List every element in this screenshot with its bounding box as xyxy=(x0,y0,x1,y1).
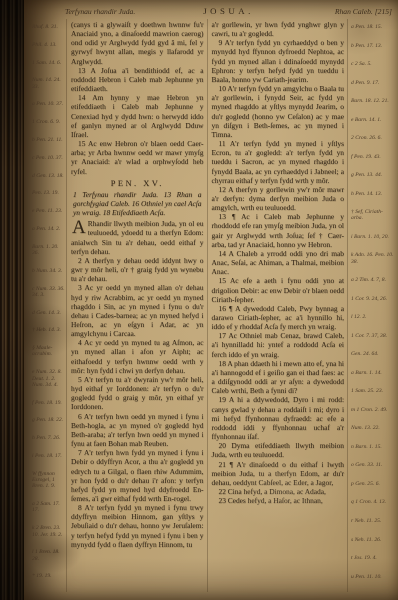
right-text-column: a'r gorllewin, yr hwn fydd ynghwr glyn y… xyxy=(207,19,348,592)
margin-note: t Jos. 19. 4. xyxy=(351,555,394,561)
margin-note: Phil. 4. 13. xyxy=(32,42,65,48)
margin-note: i Barn. 1. 10, 20. xyxy=(351,234,394,240)
page: Terfynau rhandir Juda. JOSUA. Rhan Caleb… xyxy=(24,0,398,600)
margin-note: 1 Cron. 6. 9. xyxy=(32,119,65,125)
verse-paragraph: 6 A'r terfyn hwn oedd yn myned i fynu i … xyxy=(71,412,204,449)
margin-note: a 2 Sam. 17. 17. xyxy=(32,501,65,514)
page-content: Terfynau rhandir Juda. JOSUA. Rhan Caleb… xyxy=(24,0,398,600)
verse-paragraph: 14 A Chaleb a yrrodd oddi yno dri mab An… xyxy=(212,249,345,276)
margin-note: g Pen. 13. 44. xyxy=(351,172,394,178)
margin-note: c 2 Sa. 5. xyxy=(351,61,394,67)
margin-note: Barn. 1. 20. 36. xyxy=(32,244,65,257)
margin-note: i Pen. 18. 17. xyxy=(32,453,65,459)
margin-note: r Neh. 11. 25. xyxy=(351,518,394,524)
margin-note: g Pen. 18. 22. xyxy=(32,417,65,423)
margin-note: 2 Cron. 26. 6. xyxy=(351,135,394,141)
margin-note: d Gen. 13. 18. xyxy=(32,173,65,179)
margin-note: a Pen. 18. 15. xyxy=(351,24,394,30)
verse-paragraph: 13 ¶ Ac i Caleb mab Jephunne y rhoddodd … xyxy=(212,212,345,249)
margin-note: a Pen. 14. 2. xyxy=(32,226,65,232)
verse-paragraph: 12 A therfyn y gorllewin yw'r môr mawr a… xyxy=(212,185,345,212)
text-body: Rhuf. 8. 31.Phil. 4. 13.1 Sam. 14. 6.Num… xyxy=(31,19,395,592)
margin-note: e Num. 32. 8. Deut. 1. 2. Num. 34. 4. xyxy=(32,369,65,388)
verse-paragraph: 19 A hi a ddywedodd, Dyro i mi rodd: can… xyxy=(212,395,345,441)
verse-paragraph: 3 Ac yr oedd yn myned allan o'r dehau hy… xyxy=(71,283,204,338)
margin-note: W ffynnon Esrogel, 1 Bren. 1. 9. xyxy=(32,471,65,490)
verse-paragraph: 9 A'r terfyn fydd yn cyrhaeddyd o ben y … xyxy=(212,38,345,84)
margin-note: † Sef, Ciriath-arba. xyxy=(351,209,394,222)
margin-note: k Adn. 16. Pen. 10. 38. xyxy=(351,252,394,265)
margin-note: p Gen. 25. 6. xyxy=(351,481,394,487)
verse-paragraph: 10 A'r terfyn fydd yn amgylchu o Baala t… xyxy=(212,84,345,139)
margin-note: l 12. 2. xyxy=(351,314,394,320)
margin-note: a Barn. 1. 14. xyxy=(351,370,394,376)
margin-note: b Pen. 21. 11. xyxy=(32,137,65,143)
margin-note: e Barn. 14. 1. xyxy=(351,117,394,123)
verse-paragraph: 8 A'r terfyn fydd yn myned i fynu trwy d… xyxy=(71,503,204,549)
margin-note: 1 Cor. 9. 24, 26. xyxy=(351,296,394,302)
verse-paragraph: 22 Cina hefyd, a Dimona, ac Adada, xyxy=(212,487,345,496)
margin-note: b Pen. 17. 13. xyxy=(351,43,394,49)
left-text-column: (canys ti a glywaiſt y doethwn hwnnw fu'… xyxy=(66,19,207,592)
margin-note: k 2 Bren. 23. 10. Jer. 19. 2. xyxy=(32,525,65,538)
verse-paragraph: a'r gorllewin, yr hwn fydd ynghwr glyn y… xyxy=(212,20,345,38)
margin-note: † Heb. 14. 3. xyxy=(32,327,65,333)
verse-paragraph: 16 ¶ A dywedodd Caleb, Pwy bynnag a dara… xyxy=(212,304,345,331)
running-head-left: Terfynau rhandir Juda. xyxy=(65,7,203,16)
margin-note: d Gen. 14. 3. xyxy=(32,310,65,316)
right-margin-notes: a Pen. 18. 15.b Pen. 17. 13.c 2 Sa. 5.d … xyxy=(347,19,395,592)
margin-note: * 19. 19. xyxy=(32,573,65,579)
chapter-summary: 1 Terfynau rhandir Juda. 13 Rhan a gorch… xyxy=(71,190,204,217)
scanned-book-page: { "header": { "left": "Terfynau rhandir … xyxy=(0,0,398,600)
margin-note: Num. 13. 22. xyxy=(351,425,394,431)
margin-note: h Pen. 7. 26. xyxy=(32,435,65,441)
margin-note: Rhuf. 8. 31. xyxy=(32,24,65,30)
margin-note: d Pen. 9. 17. xyxy=(351,80,394,86)
drop-cap: A xyxy=(71,219,88,235)
margin-note: u Pen. 11. 10. xyxy=(351,574,394,580)
margin-note: c Num. 33. 36. 34. 3. xyxy=(32,286,65,299)
verse-paragraph: 7 A'r terfyn hwn fydd yn myned i fynu i … xyxy=(71,448,204,503)
margin-note: 1 Sam. 14. 6. xyxy=(32,60,65,66)
verse-paragraph: 2 A therfyn y dehau oedd iddynt hwy o gw… xyxy=(71,256,204,283)
margin-note: o Gen. 33. 11. xyxy=(351,462,394,468)
margin-note: b Num. 34. 3. xyxy=(32,268,65,274)
verse-paragraph: 15 Ac efe a aeth i fynu oddi yno at drig… xyxy=(212,276,345,303)
verse-paragraph: 18 A phan ddaeth hi i mewn atto ef, yna … xyxy=(212,359,345,396)
margin-note: e Pen. 11. 23. xyxy=(32,208,65,214)
verse-paragraph: 13 A Joſua a'i bendithiodd ef, ac a rodd… xyxy=(71,66,204,93)
margin-note: § Maale-acrabim. xyxy=(32,345,65,358)
margin-note: m 1 Cron. 2. 49. xyxy=(351,407,394,413)
margin-note: s Neh. 11. 26. xyxy=(351,537,394,543)
verse-paragraph: 21 ¶ A'r dinaſoedd o du eithaf i lwyth m… xyxy=(212,460,345,487)
running-head-title: JOSUA. xyxy=(203,6,254,16)
margin-note: c Pen. 10. 37. xyxy=(32,155,65,161)
margin-note: a Pen. 10. 37. xyxy=(32,101,65,107)
margin-note: f Pen. 18. 19. xyxy=(32,400,65,406)
margin-note: f Pen. 19. 43. xyxy=(351,154,394,160)
verse-paragraph: 11 A'r terfyn fydd yn myned i yſtlys Ecr… xyxy=(212,139,345,185)
margin-note: Barn. 18. 12. 21. xyxy=(351,98,394,104)
verse-paragraph: (canys ti a glywaiſt y doethwn hwnnw fu'… xyxy=(71,20,204,66)
running-head-right: Rhan Caleb. [215] xyxy=(254,7,392,16)
verse-paragraph: A Rhandir llwyth meibion Juda, yn ol eu … xyxy=(71,219,204,256)
left-margin-notes: Rhuf. 8. 31.Phil. 4. 13.1 Sam. 14. 6.Num… xyxy=(31,19,66,592)
margin-note: Pen. 13. 19. xyxy=(32,190,65,196)
margin-note: l 1 Bren. 18. 28. xyxy=(32,549,65,562)
margin-note: Gen. 24. 64. xyxy=(351,351,394,357)
verse-paragraph: 14 Am hynny y mae Hebron yn etifeddiaeth… xyxy=(71,93,204,139)
running-head: Terfynau rhandir Juda. JOSUA. Rhan Caleb… xyxy=(31,4,395,18)
margin-note: 1 Sam. 25. 23. xyxy=(351,388,394,394)
verse-paragraph: 17 Ac Othniel mab Cenaz, brawd Caleb, a'… xyxy=(212,331,345,358)
margin-note: h Pen. 14. 13. xyxy=(351,191,394,197)
margin-note: 1 Cor. 7. 37, 38. xyxy=(351,333,394,339)
margin-note: Num. 14. 24. 33. xyxy=(32,77,65,90)
margin-note: n Barn. 1. 15. xyxy=(351,444,394,450)
verse-paragraph: 4 Ac yr oedd yn myned tu ag Aſmon, ac yn… xyxy=(71,338,204,375)
verse-paragraph: 15 Ac enw Hebron o'r blaen oedd Caer-arb… xyxy=(71,139,204,176)
margin-note: a 2 Tim. 4. 7, 8. xyxy=(351,277,394,283)
verse-paragraph: 20 Dyma etifeddiaeth llwyth meibion Juda… xyxy=(212,441,345,459)
margin-note: q 1 Cron. 4. 13. xyxy=(351,499,394,505)
chapter-heading: PEN. XV. xyxy=(71,179,204,188)
verse-paragraph: 23 Cedes hefyd, a Haſor, ac Ithnan, xyxy=(212,496,345,505)
verse-paragraph: 5 A'r terfyn tu a'r dwyrain yw'r môr hel… xyxy=(71,375,204,412)
